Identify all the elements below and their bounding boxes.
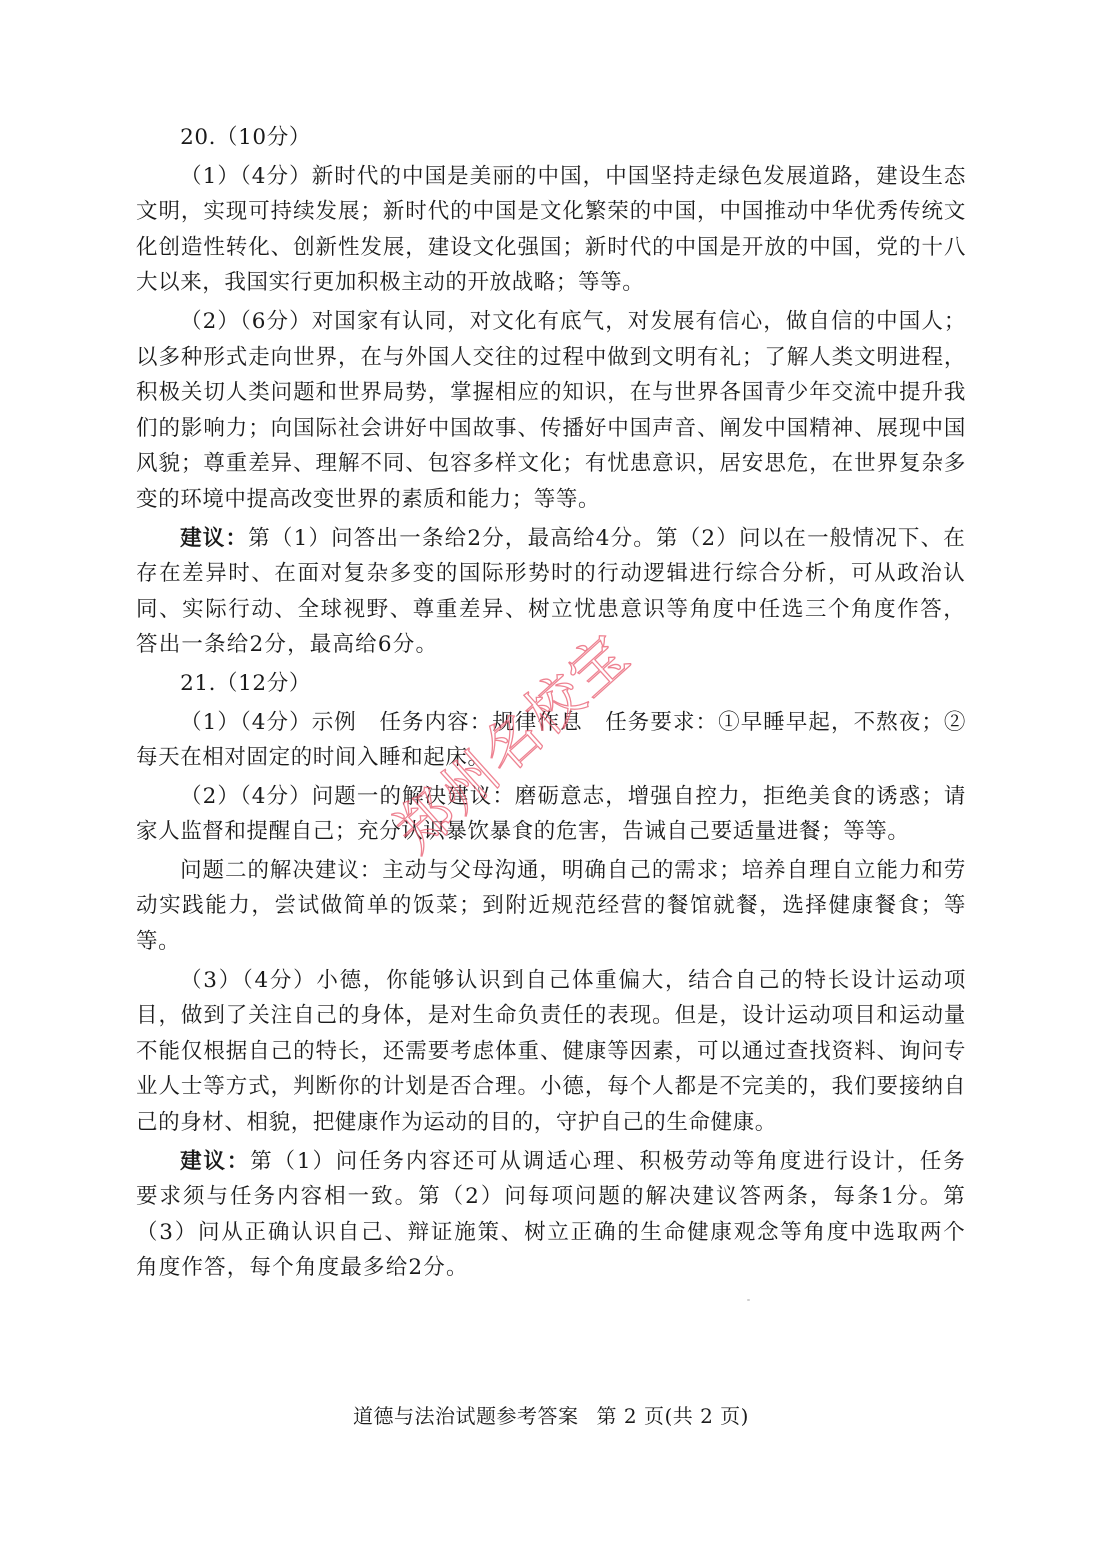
answer-key-page: 20.（10分） （1）（4分）新时代的中国是美丽的中国，中国坚持走绿色发展道路…: [136, 120, 966, 1289]
page-footer: 道德与法治试题参考答案第 2 页(共 2 页): [0, 1400, 1102, 1429]
question-21-part-1: （1）（4分）示例 任务内容：规律作息 任务要求：①早睡早起，不熬夜；②每天在相…: [136, 705, 966, 776]
question-21-part-2: （2）（4分）问题一的解决建议：磨砺意志，增强自控力，拒绝美食的诱惑；请家人监督…: [136, 779, 966, 850]
suggestion-text: 第（1）问答出一条给2分，最高给4分。第（2）问以在一般情况下、在存在差异时、在…: [136, 526, 966, 658]
question-20-suggestion: 建议：第（1）问答出一条给2分，最高给4分。第（2）问以在一般情况下、在存在差异…: [136, 521, 966, 663]
question-21-suggestion: 建议：第（1）问任务内容还可从调适心理、积极劳动等角度进行设计，任务要求须与任务…: [136, 1144, 966, 1286]
part-answer: 对国家有认同，对文化有底气，对发展有信心，做自信的中国人；以多种形式走向世界，在…: [136, 309, 966, 512]
part-answer: 问题二的解决建议：主动与父母沟通，明确自己的需求；培养自理自立能力和劳动实践能力…: [136, 858, 966, 954]
suggestion-label: 建议：: [180, 1149, 250, 1174]
question-21-part-2-problem-2: 问题二的解决建议：主动与父母沟通，明确自己的需求；培养自理自立能力和劳动实践能力…: [136, 853, 966, 960]
part-label: （3）（4分）: [180, 968, 316, 993]
question-21-heading: 21.（12分）: [136, 666, 966, 702]
question-20-part-2: （2）（6分）对国家有认同，对文化有底气，对发展有信心，做自信的中国人；以多种形…: [136, 304, 966, 518]
question-21: 21.（12分） （1）（4分）示例 任务内容：规律作息 任务要求：①早睡早起，…: [136, 666, 966, 1286]
suggestion-text: 第（1）问任务内容还可从调适心理、积极劳动等角度进行设计，任务要求须与任务内容相…: [136, 1149, 966, 1281]
part-label: （2）（6分）: [180, 309, 312, 334]
part-label: （1）（4分）: [180, 710, 312, 735]
question-20-heading: 20.（10分）: [136, 120, 966, 156]
suggestion-label: 建议：: [180, 526, 248, 551]
question-21-part-3: （3）（4分）小德，你能够认识到自己体重偏大，结合自己的特长设计运动项目，做到了…: [136, 963, 966, 1141]
footer-page-info: 第 2 页(共 2 页): [597, 1404, 749, 1428]
part-label: （2）（4分）: [180, 784, 312, 809]
part-label: （1）（4分）: [180, 164, 312, 189]
footer-title: 道德与法治试题参考答案: [353, 1404, 579, 1428]
question-20-part-1: （1）（4分）新时代的中国是美丽的中国，中国坚持走绿色发展道路，建设生态文明，实…: [136, 159, 966, 301]
scan-speck: [747, 1299, 750, 1301]
question-20: 20.（10分） （1）（4分）新时代的中国是美丽的中国，中国坚持走绿色发展道路…: [136, 120, 966, 663]
